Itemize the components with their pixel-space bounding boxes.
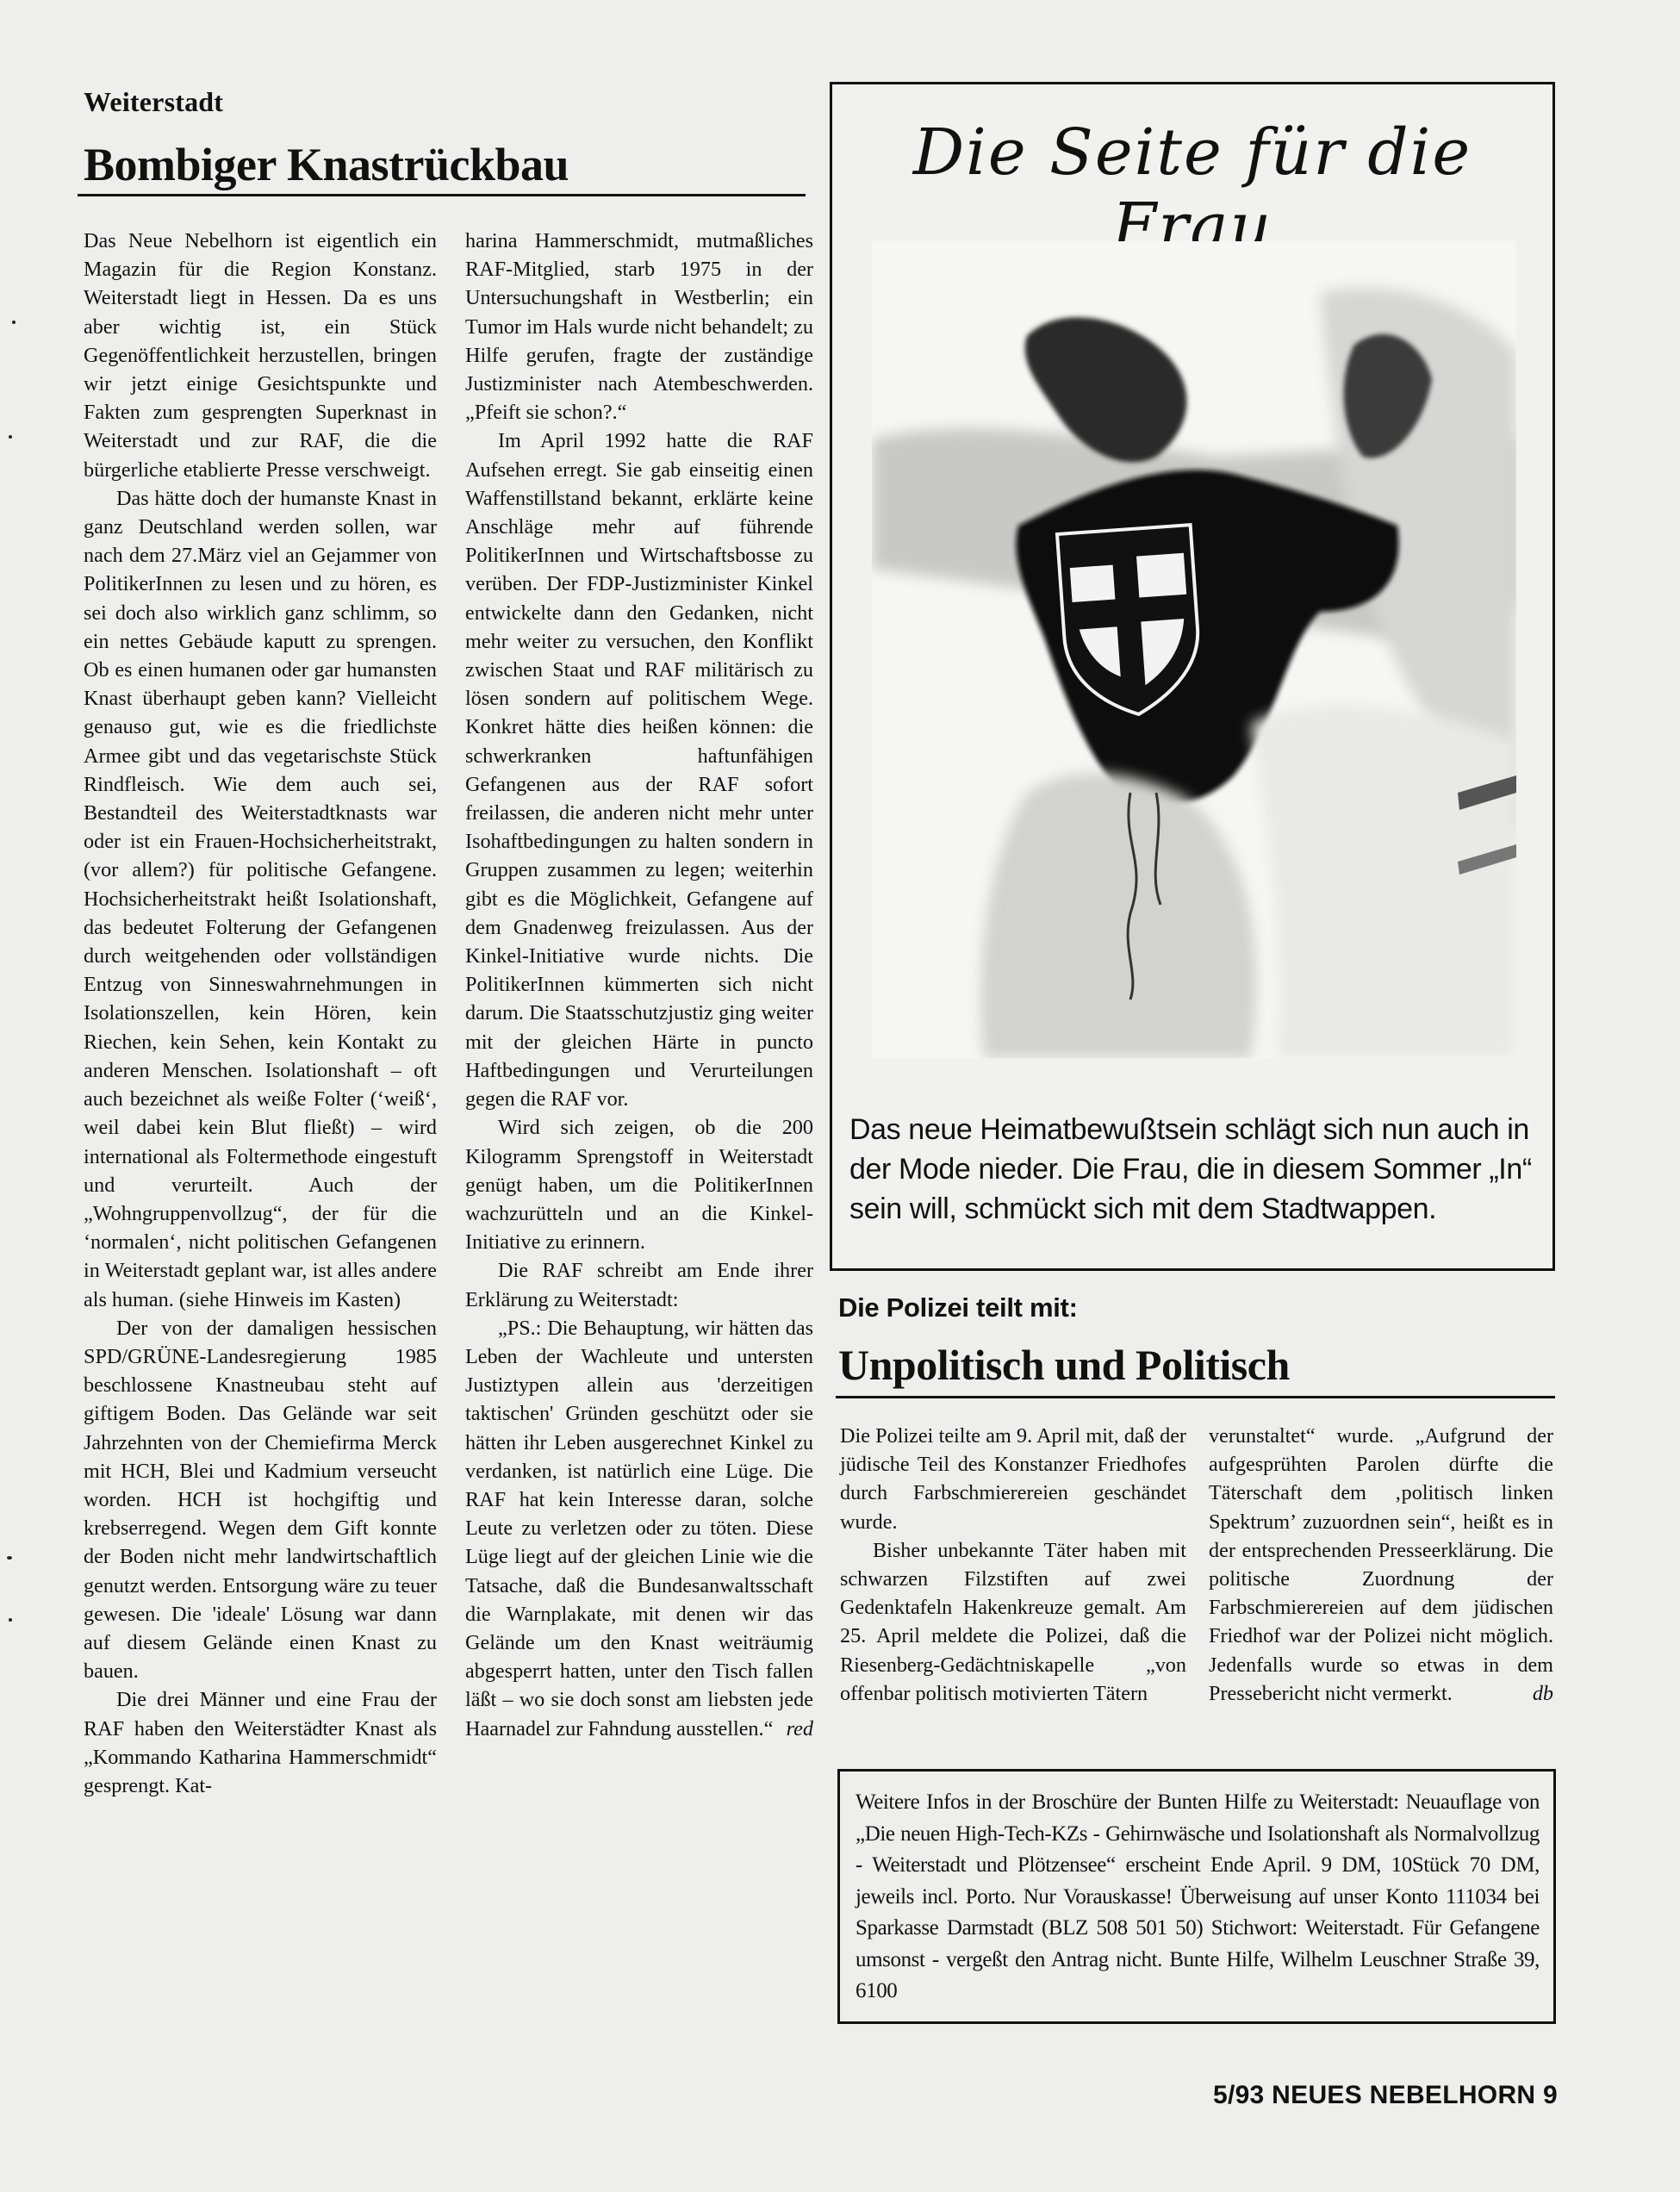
paragraph: Wird sich zeigen, ob die 200 Kilogramm S… (465, 1113, 813, 1256)
headline-rule (836, 1396, 1555, 1398)
police-column-1: Die Polizei teilte am 9. April mit, daß … (840, 1422, 1186, 1708)
paragraph: Die RAF schreibt am Ende ihrer Erklärung… (465, 1256, 813, 1313)
paragraph: verunstaltet“ wurde. „Aufgrund der aufge… (1209, 1422, 1553, 1708)
police-article-headline: Unpolitisch und Politisch (838, 1340, 1290, 1390)
paragraph: Die drei Männer und eine Frau der RAF ha… (84, 1685, 437, 1800)
paragraph: Bisher unbekannte Täter haben mit schwar… (840, 1536, 1186, 1708)
frau-feature-box: Die Seite für die Frau (830, 82, 1555, 1271)
page-footer: 5/93 NEUES NEBELHORN 9 (1213, 2081, 1558, 2110)
article-column-2: harina Hammerschmidt, mutmaßliches RAF-M… (465, 227, 813, 1743)
article-headline: Bombiger Knastrückbau (84, 138, 569, 191)
article-kicker: Weiterstadt (84, 86, 223, 118)
police-article-kicker: Die Polizei teilt mit: (838, 1292, 1078, 1323)
paragraph: Das hätte doch der humanste Knast in gan… (84, 484, 437, 1314)
paragraph: Im April 1992 hatte die RAF Aufsehen err… (465, 427, 813, 1113)
paragraph: Die Polizei teilte am 9. April mit, daß … (840, 1422, 1186, 1536)
paragraph: „PS.: Die Behauptung, wir hätten das Leb… (465, 1314, 813, 1743)
info-box: Weitere Infos in der Broschüre der Bunte… (837, 1769, 1556, 2024)
info-box-text: Weitere Infos in der Broschüre der Bunte… (856, 1787, 1540, 2008)
feature-photo (872, 241, 1516, 1058)
photo-illustration (872, 241, 1516, 1058)
photo-caption: Das neue Heimatbewußtsein schlägt sich n… (849, 1110, 1535, 1229)
headline-rule (78, 194, 806, 196)
paragraph: Der von der damaligen hessischen SPD/GRÜ… (84, 1314, 437, 1686)
police-column-2: verunstaltet“ wurde. „Aufgrund der aufge… (1209, 1422, 1553, 1708)
paragraph: Das Neue Nebelhorn ist eigentlich ein Ma… (84, 227, 437, 484)
paragraph: harina Hammerschmidt, mutmaßliches RAF-M… (465, 227, 813, 427)
magazine-page: Weiterstadt Bombiger Knastrückbau Das Ne… (0, 0, 1680, 2192)
article-column-1: Das Neue Nebelhorn ist eigentlich ein Ma… (84, 227, 437, 1800)
